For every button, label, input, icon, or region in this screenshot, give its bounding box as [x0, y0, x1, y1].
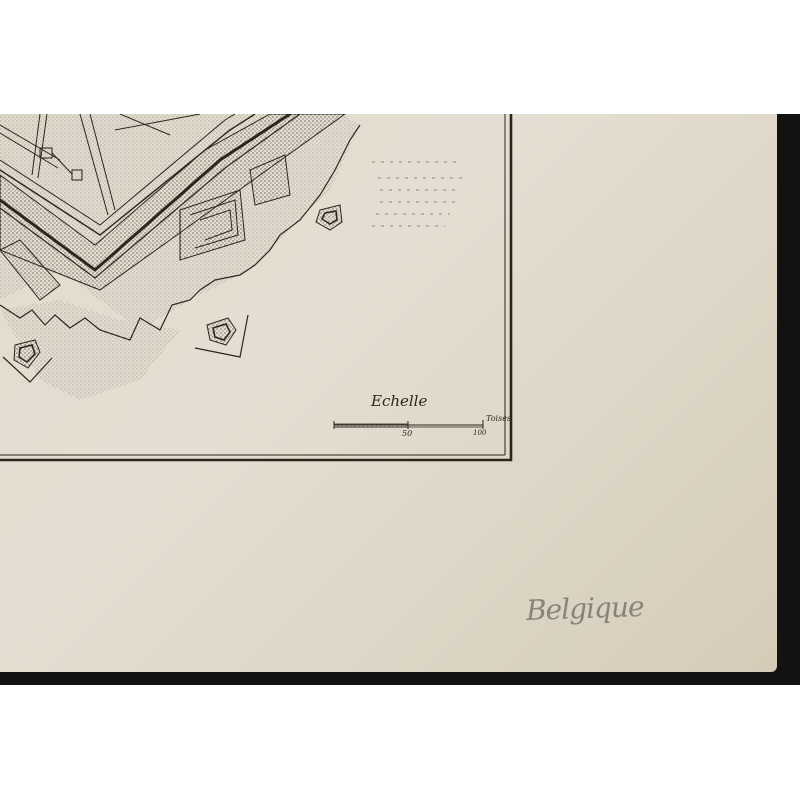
fortress-plan: [0, 114, 465, 400]
scale-tick-100: 100: [473, 429, 486, 437]
pencil-annotation: Belgique: [525, 590, 644, 627]
scale-bar: [334, 420, 483, 429]
scale-unit: Toises: [486, 414, 511, 423]
scale-tick-50: 50: [402, 429, 412, 438]
scale-title: Echelle: [371, 392, 427, 410]
